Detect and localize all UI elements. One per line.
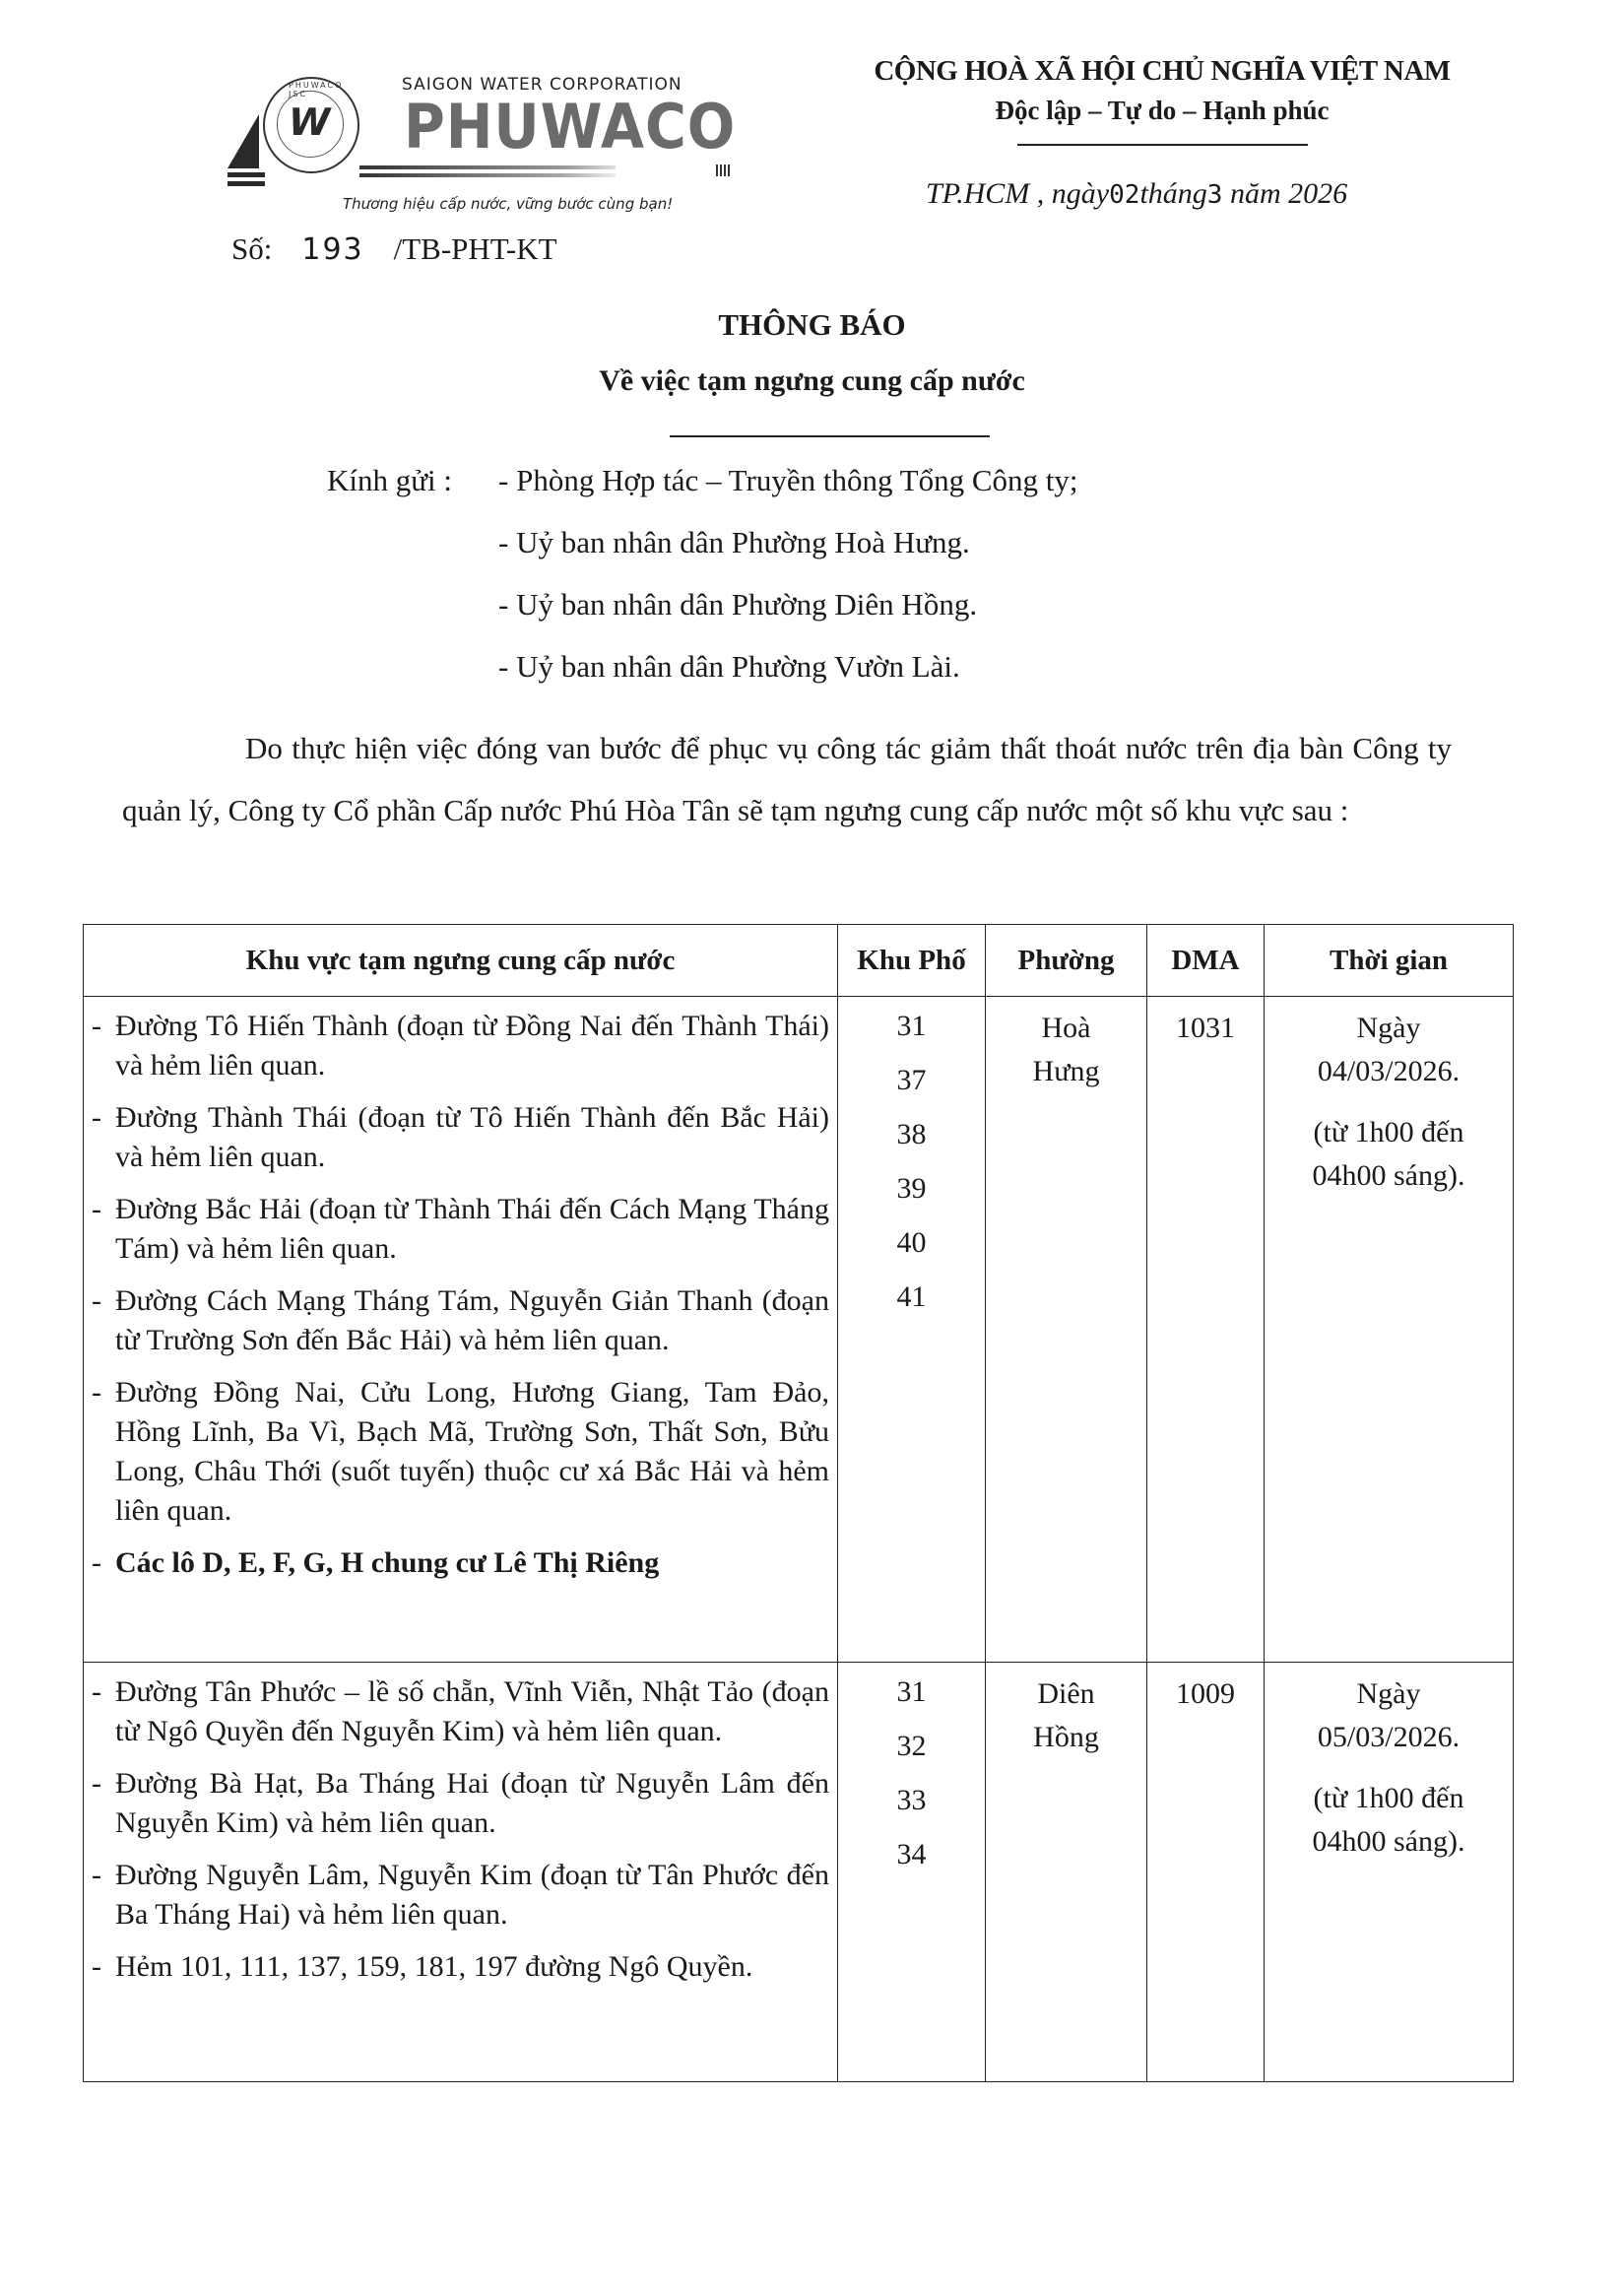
phuong-cell: DiênHồng bbox=[986, 1663, 1147, 2082]
header-phuong: Phường bbox=[986, 925, 1147, 997]
doc-number-value: 193 bbox=[301, 232, 363, 267]
khu-pho-number: 41 bbox=[846, 1270, 977, 1324]
header-area: Khu vực tạm ngưng cung cấp nước bbox=[84, 925, 838, 997]
time-cell: Ngày05/03/2026.(từ 1h00 đến04h00 sáng). bbox=[1265, 1663, 1514, 2082]
brand-name: PHUWACO bbox=[404, 97, 736, 158]
date-month: 3 bbox=[1207, 180, 1223, 210]
company-seal-icon: PHUWACO JSC W bbox=[263, 77, 359, 173]
phuong-cell: HoàHưng bbox=[986, 997, 1147, 1663]
phuong-name-part: Diên bbox=[994, 1672, 1138, 1716]
date-place: TP.HCM , ngày bbox=[926, 177, 1109, 210]
area-list-item: -Hẻm 101, 111, 137, 159, 181, 197 đường … bbox=[92, 1947, 829, 1987]
logo-barcode-icon bbox=[716, 164, 730, 176]
motto-underline bbox=[1017, 144, 1308, 146]
bullet-dash: - bbox=[92, 1764, 115, 1843]
national-motto: Độc lập – Tự do – Hạnh phúc bbox=[847, 96, 1477, 126]
time-date-label: Ngày bbox=[1272, 1672, 1505, 1716]
suspension-table: Khu vực tạm ngưng cung cấp nước Khu Phố … bbox=[83, 924, 1514, 2082]
area-text: Đường Tân Phước – lề số chẵn, Vĩnh Viễn,… bbox=[115, 1672, 829, 1751]
time-date: 04/03/2026. bbox=[1272, 1050, 1505, 1093]
area-text: Đường Đồng Nai, Cửu Long, Hương Giang, T… bbox=[115, 1373, 829, 1531]
time-date-label: Ngày bbox=[1272, 1007, 1505, 1050]
date-month-label: tháng bbox=[1139, 177, 1206, 210]
khu-pho-cell: 31323334 bbox=[838, 1663, 986, 2082]
bullet-dash: - bbox=[92, 1007, 115, 1085]
date-day: 02 bbox=[1109, 180, 1139, 210]
title-underline bbox=[670, 435, 990, 437]
area-text: Đường Nguyễn Lâm, Nguyễn Kim (đoạn từ Tâ… bbox=[115, 1856, 829, 1934]
area-list-item: -Đường Bắc Hải (đoạn từ Thành Thái đến C… bbox=[92, 1190, 829, 1269]
bullet-dash: - bbox=[92, 1373, 115, 1531]
area-text: Đường Thành Thái (đoạn từ Tô Hiến Thành … bbox=[115, 1098, 829, 1177]
recipient-item: - Uỷ ban nhân dân Phường Vườn Lài. bbox=[498, 649, 960, 685]
header-dma: DMA bbox=[1147, 925, 1265, 997]
bullet-dash: - bbox=[92, 1281, 115, 1360]
national-title: CỘNG HOÀ XÃ HỘI CHỦ NGHĨA VIỆT NAM bbox=[847, 55, 1477, 88]
document-number: Số:193/TB-PHT-KT bbox=[231, 231, 557, 267]
logo-bars-icon bbox=[227, 172, 265, 190]
doc-number-suffix: /TB-PHT-KT bbox=[394, 231, 557, 266]
area-list-item: -Đường Đồng Nai, Cửu Long, Hương Giang, … bbox=[92, 1373, 829, 1531]
slogan: Thương hiệu cấp nước, vững bước cùng bạn… bbox=[343, 195, 673, 213]
area-text: Hẻm 101, 111, 137, 159, 181, 197 đường N… bbox=[115, 1947, 829, 1987]
area-text: Đường Bà Hạt, Ba Tháng Hai (đoạn từ Nguy… bbox=[115, 1764, 829, 1843]
date-year: năm 2026 bbox=[1230, 177, 1347, 210]
dma-cell: 1009 bbox=[1147, 1663, 1265, 2082]
time-cell: Ngày04/03/2026.(từ 1h00 đến04h00 sáng). bbox=[1265, 997, 1514, 1663]
khu-pho-number: 32 bbox=[846, 1719, 977, 1773]
time-time-2: 04h00 sáng). bbox=[1272, 1820, 1505, 1864]
bullet-dash: - bbox=[92, 1856, 115, 1934]
page-subtitle: Về việc tạm ngưng cung cấp nước bbox=[0, 364, 1624, 398]
header-time: Thời gian bbox=[1265, 925, 1514, 997]
time-time-2: 04h00 sáng). bbox=[1272, 1154, 1505, 1198]
area-text: Đường Tô Hiến Thành (đoạn từ Đồng Nai đế… bbox=[115, 1007, 829, 1085]
bullet-dash: - bbox=[92, 1543, 115, 1583]
area-cell: -Đường Tân Phước – lề số chẵn, Vĩnh Viễn… bbox=[84, 1663, 838, 2082]
khu-pho-number: 31 bbox=[846, 1665, 977, 1719]
area-list-item: -Đường Nguyễn Lâm, Nguyễn Kim (đoạn từ T… bbox=[92, 1856, 829, 1934]
company-logo: PHUWACO JSC W SAIGON WATER CORPORATION P… bbox=[222, 69, 734, 217]
time-time-1: (từ 1h00 đến bbox=[1272, 1777, 1505, 1820]
khu-pho-number: 37 bbox=[846, 1053, 977, 1107]
area-list-item: -Đường Cách Mạng Tháng Tám, Nguyễn Giản … bbox=[92, 1281, 829, 1360]
recipient-item: - Phòng Hợp tác – Truyền thông Tổng Công… bbox=[498, 463, 1078, 498]
phuong-name-part: Hoà bbox=[994, 1007, 1138, 1050]
time-time-1: (từ 1h00 đến bbox=[1272, 1111, 1505, 1154]
khu-pho-number: 39 bbox=[846, 1161, 977, 1215]
khu-pho-cell: 313738394041 bbox=[838, 997, 986, 1663]
table-row: -Đường Tân Phước – lề số chẵn, Vĩnh Viễn… bbox=[84, 1663, 1514, 2082]
area-text: Đường Cách Mạng Tháng Tám, Nguyễn Giản T… bbox=[115, 1281, 829, 1360]
time-date: 05/03/2026. bbox=[1272, 1716, 1505, 1759]
area-text: Đường Bắc Hải (đoạn từ Thành Thái đến Cá… bbox=[115, 1190, 829, 1269]
phuong-name-part: Hưng bbox=[994, 1050, 1138, 1093]
dateline: TP.HCM , ngày02tháng3 năm 2026 bbox=[926, 177, 1347, 211]
logo-underline bbox=[359, 165, 616, 169]
national-header: CỘNG HOÀ XÃ HỘI CHỦ NGHĨA VIỆT NAM Độc l… bbox=[847, 55, 1477, 146]
bullet-dash: - bbox=[92, 1947, 115, 1987]
table-row: -Đường Tô Hiến Thành (đoạn từ Đồng Nai đ… bbox=[84, 997, 1514, 1663]
area-cell: -Đường Tô Hiến Thành (đoạn từ Đồng Nai đ… bbox=[84, 997, 838, 1663]
header-khu-pho: Khu Phố bbox=[838, 925, 986, 997]
dma-cell: 1031 bbox=[1147, 997, 1265, 1663]
area-list-item: -Đường Tân Phước – lề số chẵn, Vĩnh Viễn… bbox=[92, 1672, 829, 1751]
area-list-item: -Các lô D, E, F, G, H chung cư Lê Thị Ri… bbox=[92, 1543, 829, 1583]
area-list-item: -Đường Thành Thái (đoạn từ Tô Hiến Thành… bbox=[92, 1098, 829, 1177]
table-header-row: Khu vực tạm ngưng cung cấp nước Khu Phố … bbox=[84, 925, 1514, 997]
recipient-item: - Uỷ ban nhân dân Phường Hoà Hưng. bbox=[498, 525, 970, 560]
recipient-item: - Uỷ ban nhân dân Phường Diên Hồng. bbox=[498, 587, 977, 623]
area-list-item: -Đường Tô Hiến Thành (đoạn từ Đồng Nai đ… bbox=[92, 1007, 829, 1085]
page-title: THÔNG BÁO bbox=[0, 307, 1624, 343]
recipients-label: Kính gửi : bbox=[327, 463, 452, 498]
phuong-name-part: Hồng bbox=[994, 1716, 1138, 1759]
bullet-dash: - bbox=[92, 1190, 115, 1269]
logo-underline bbox=[359, 173, 616, 177]
area-list-item: -Đường Bà Hạt, Ba Tháng Hai (đoạn từ Ngu… bbox=[92, 1764, 829, 1843]
logo-triangle-icon bbox=[227, 114, 259, 168]
intro-paragraph: Do thực hiện việc đóng van bước để phục … bbox=[122, 717, 1452, 841]
bullet-dash: - bbox=[92, 1098, 115, 1177]
area-text: Các lô D, E, F, G, H chung cư Lê Thị Riê… bbox=[115, 1543, 829, 1583]
khu-pho-number: 38 bbox=[846, 1107, 977, 1161]
khu-pho-number: 40 bbox=[846, 1215, 977, 1270]
khu-pho-number: 33 bbox=[846, 1773, 977, 1827]
doc-number-label: Số: bbox=[231, 231, 272, 266]
seal-text: PHUWACO JSC bbox=[289, 81, 357, 98]
khu-pho-number: 31 bbox=[846, 999, 977, 1053]
khu-pho-number: 34 bbox=[846, 1827, 977, 1881]
bullet-dash: - bbox=[92, 1672, 115, 1751]
